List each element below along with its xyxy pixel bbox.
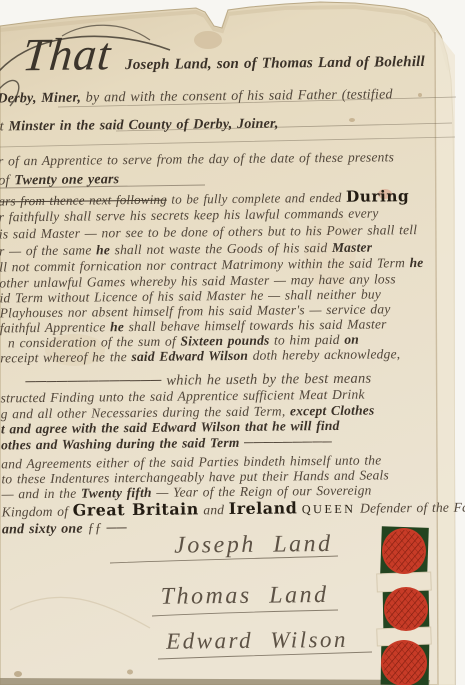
text-segment: Ireland <box>229 498 298 518</box>
text-segment: except Clothes <box>290 403 375 419</box>
text-segment: Great Britain <box>73 499 199 519</box>
text-segment: ƒƒ ── <box>83 521 127 536</box>
signature: Edward Wilson <box>166 628 348 653</box>
text-segment: QUEEN <box>302 502 356 517</box>
text-line: Kingdom of Great Britain and Ireland QUE… <box>2 497 465 520</box>
text-segment: Twenty one years <box>14 172 119 188</box>
text-segment: Twenty fifth <box>81 485 152 501</box>
text-segment: faithful Apprentice <box>0 319 110 335</box>
text-segment: Sixteen pounds <box>180 333 269 349</box>
text-segment: of <box>0 173 14 188</box>
text-segment: r faithfully shall serve his secrets kee… <box>0 205 379 224</box>
text-segment: t <box>0 119 9 134</box>
text-segment: to be fully complete and ended <box>167 190 346 207</box>
opening-word: That <box>21 31 114 78</box>
text-segment: During <box>346 187 409 206</box>
text-segment: he <box>96 242 110 257</box>
document-text-layer: That Joseph Land, son of Thomas Land of … <box>0 0 465 685</box>
text-segment: r of an Apprentice to serve from the day… <box>0 149 394 168</box>
text-line: t Minster in the said County of Derby, J… <box>0 117 279 135</box>
text-segment: Master <box>332 240 372 255</box>
text-segment: said Edward Wilson <box>131 348 248 364</box>
text-segment: Derby, Miner, <box>0 91 86 107</box>
text-segment: — Year of the Reign of our Sovereign <box>152 483 372 500</box>
text-segment: ars from thence next following <box>0 192 167 209</box>
text-segment: receipt whereof he the <box>0 349 131 365</box>
text-segment: Edward Wilson <box>152 419 241 435</box>
text-line: and sixty one ƒƒ ── <box>2 521 127 538</box>
text-segment: Defender of the Faith <box>355 499 465 515</box>
text-segment: is said Master — nor see to be done of o… <box>0 222 417 241</box>
text-segment: — and in the <box>1 486 81 502</box>
text-segment: t and agree with the said <box>1 420 152 437</box>
text-line: Derby, Miner, by and with the consent of… <box>0 87 393 107</box>
text-segment: Minster in the said County of Derby, Joi… <box>8 117 278 135</box>
text-segment: to him paid <box>269 332 344 348</box>
text-segment: Joseph Land, son of Thomas Land of Boleh… <box>125 54 425 73</box>
text-segment: on <box>344 332 359 347</box>
text-segment: ───────── <box>244 434 332 450</box>
text-segment: shall not waste the Goods of his said <box>110 240 332 257</box>
text-line: of Twenty one years <box>0 172 119 189</box>
signature: Thomas Land <box>161 583 329 609</box>
text-segment: ───────────── <box>25 373 166 390</box>
text-segment: doth hereby acknowledge, <box>248 346 400 363</box>
text-segment: and sixty one <box>2 522 83 538</box>
text-segment: othes and Washing during the said Term <box>1 435 244 453</box>
text-line: othes and Washing during the said Term ─… <box>1 435 332 453</box>
text-segment: Kingdom of <box>2 504 73 520</box>
text-segment: r — of the same <box>0 242 96 258</box>
text-line: Joseph Land, son of Thomas Land of Boleh… <box>125 54 425 74</box>
signature: Joseph Land <box>174 532 333 558</box>
text-line: receipt whereof he the said Edward Wilso… <box>0 347 400 366</box>
text-segment: and <box>199 502 229 517</box>
text-segment: he <box>110 319 124 334</box>
text-segment: he <box>409 255 423 270</box>
text-line: r of an Apprentice to serve from the day… <box>0 150 394 169</box>
text-segment: that he will find <box>240 418 339 434</box>
text-segment: by and with the consent of his said Fath… <box>86 87 393 105</box>
scanned-indenture-document: That Joseph Land, son of Thomas Land of … <box>0 0 465 685</box>
